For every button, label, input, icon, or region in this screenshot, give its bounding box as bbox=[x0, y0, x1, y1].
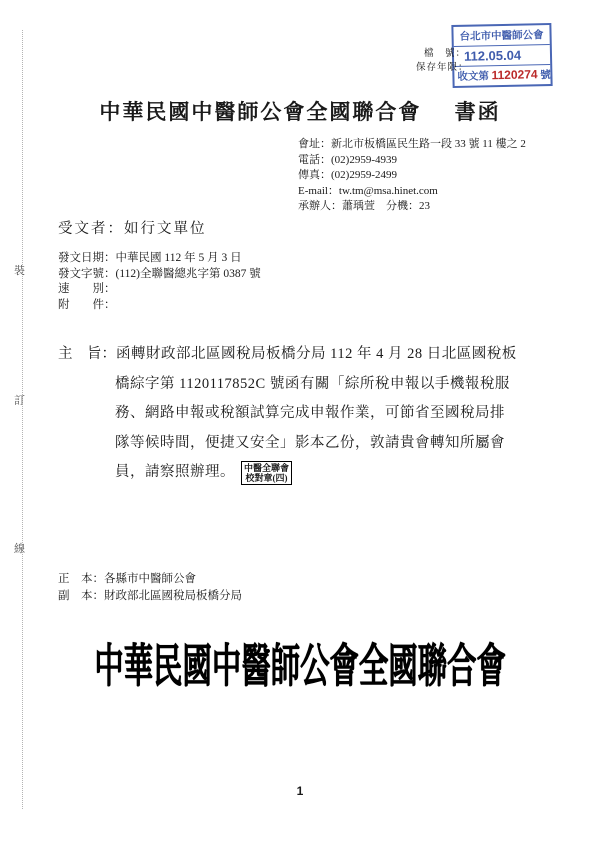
attachment-line: 附 件： bbox=[58, 298, 261, 314]
receipt-suffix: 號 bbox=[540, 70, 551, 81]
archive-retention-label: 保存年限： bbox=[416, 59, 469, 73]
issue-date-line: 發文日期：中華民國 112 年 5 月 3 日 bbox=[58, 251, 261, 267]
page-number: 1 bbox=[0, 784, 600, 798]
contact-email: E-mail：tw.tm@msa.hinet.com bbox=[298, 184, 526, 200]
org-name: 中華民國中醫師公會全國聯合會 bbox=[99, 100, 421, 124]
speed-line: 速 別： bbox=[58, 282, 261, 298]
binding-char-zhuang: 裝 bbox=[14, 262, 25, 278]
subject-line-4: 隊等候時間，便捷又安全」影本乙份，敦請貴會轉知所屬會 bbox=[58, 429, 538, 459]
proof-stamp-line-2: 校對章(四) bbox=[246, 473, 288, 483]
ref-number-line: 發文字號：(112)全聯醫總兆字第 0387 號 bbox=[58, 267, 261, 283]
subject-line-5: 員，請察照辦理。中醫全聯會校對章(四) bbox=[58, 458, 538, 488]
subject-block: 主 旨：函轉財政部北區國稅局板橋分局 112 年 4 月 28 日北區國稅板 橋… bbox=[58, 340, 538, 488]
copies-block: 正 本：各縣市中醫師公會 副 本：財政部北區國稅局板橋分局 bbox=[58, 571, 242, 604]
subject-text-5: 員，請察照辦理。 bbox=[115, 464, 235, 480]
subject-text-1: 函轉財政部北區國稅局板橋分局 112 年 4 月 28 日北區國稅板 bbox=[116, 346, 517, 362]
subject-line-2: 橋綜字第 1120117852C 號函有關「綜所稅申報以手機報稅服 bbox=[58, 370, 538, 400]
binding-char-ding: 訂 bbox=[14, 392, 25, 408]
subject-line-3: 務、網路申報或稅額試算完成申報作業，可節省至國稅局排 bbox=[58, 399, 538, 429]
official-letter-page: 裝 訂 線 檔 號： 保存年限： 台北市中醫師公會 112.05.04 收文第 … bbox=[0, 0, 600, 849]
doc-type: 書函 bbox=[455, 100, 501, 124]
contact-phone: 電話：(02)2959-4939 bbox=[298, 153, 526, 169]
contact-block: 會址：新北市板橋區民生路一段 33 號 11 樓之 2 電話：(02)2959-… bbox=[298, 137, 526, 215]
contact-address: 會址：新北市板橋區民生路一段 33 號 11 樓之 2 bbox=[298, 137, 526, 153]
subject-line-1: 主 旨：函轉財政部北區國稅局板橋分局 112 年 4 月 28 日北區國稅板 bbox=[58, 340, 538, 370]
original-copy-line: 正 本：各縣市中醫師公會 bbox=[58, 571, 242, 588]
meta-block: 發文日期：中華民國 112 年 5 月 3 日 發文字號：(112)全聯醫總兆字… bbox=[58, 251, 261, 313]
receipt-number: 1120274 bbox=[491, 67, 537, 82]
contact-fax: 傳真：(02)2959-2499 bbox=[298, 168, 526, 184]
archive-file-no-label: 檔 號： bbox=[424, 45, 466, 59]
org-seal-text: 中華民國中醫師公會全國聯合會 bbox=[0, 633, 600, 693]
receipt-prefix: 收文第 bbox=[457, 71, 489, 83]
proof-stamp-line-1: 中醫全聯會 bbox=[244, 463, 289, 473]
proof-stamp: 中醫全聯會校對章(四) bbox=[241, 461, 292, 485]
document-title: 中華民國中醫師公會全國聯合會 書函 bbox=[0, 96, 600, 126]
binding-char-xian: 線 bbox=[14, 540, 25, 556]
recipient-line: 受文者：如行文單位 bbox=[58, 217, 207, 238]
receipt-stamp: 台北市中醫師公會 112.05.04 收文第 1120274 號 bbox=[451, 23, 552, 88]
cc-copy-line: 副 本：財政部北區國稅局板橋分局 bbox=[58, 588, 242, 605]
receipt-stamp-org: 台北市中醫師公會 bbox=[453, 25, 549, 47]
contact-handler: 承辦人：蕭瑀萱 分機：23 bbox=[298, 199, 526, 215]
subject-label: 主 旨： bbox=[58, 346, 116, 362]
